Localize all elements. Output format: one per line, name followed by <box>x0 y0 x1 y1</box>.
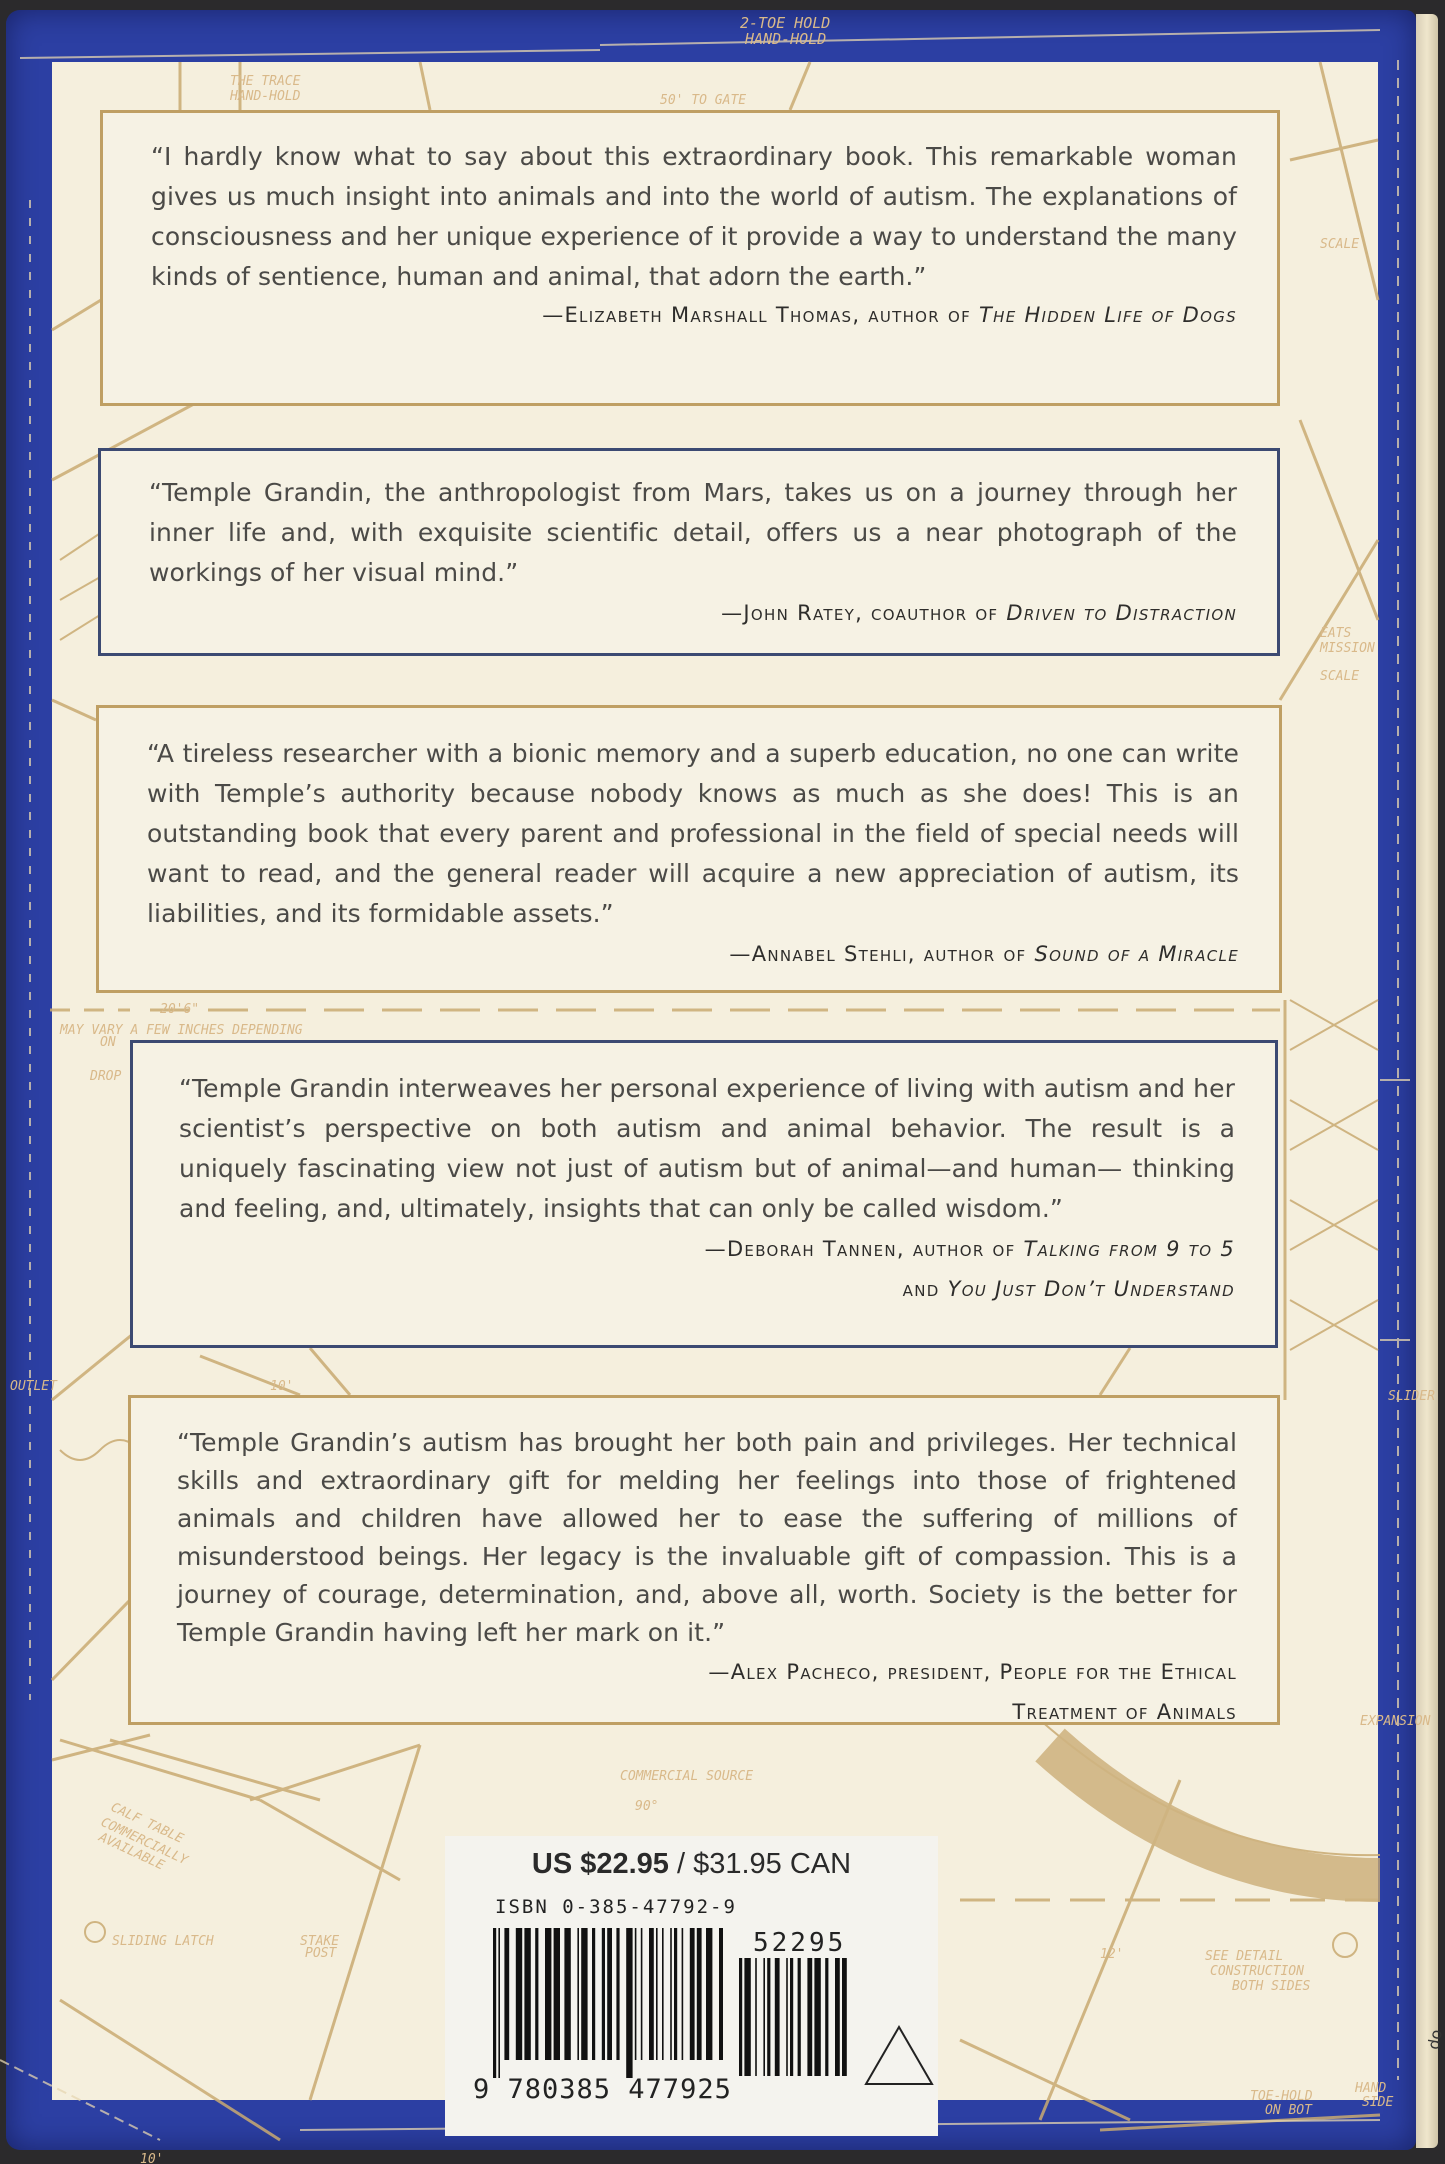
page-edge <box>1416 14 1438 2148</box>
quote-text: “I hardly know what to say about this ex… <box>151 137 1237 297</box>
quote-attribution: —Elizabeth Marshall Thomas, author of Th… <box>151 295 1237 335</box>
quote-attribution-line2: and You Just Don’t Understand <box>179 1269 1235 1309</box>
attribution-organization: Treatment of Animals <box>1012 1700 1237 1724</box>
attribution-book-title: Talking from 9 to 5 <box>1024 1237 1235 1261</box>
attribution-book-title: The Hidden Life of Dogs <box>979 303 1237 327</box>
price-separator: / <box>669 1848 693 1880</box>
price-can: $31.95 CAN <box>693 1848 851 1880</box>
barcode-label: US $22.95 / $31.95 CAN ISBN 0-385-47792-… <box>445 1836 938 2136</box>
spine-fragment: do <box>1424 2028 1445 2051</box>
quote-attribution: —Annabel Stehli, author of Sound of a Mi… <box>147 934 1239 974</box>
attribution-author: —Deborah Tannen, author of <box>705 1237 1024 1261</box>
quote-box-1: “I hardly know what to say about this ex… <box>100 110 1280 406</box>
attribution-author: —Annabel Stehli, author of <box>729 942 1034 966</box>
isbn-number: ISBN 0-385-47792-9 <box>495 1896 737 1918</box>
price-line: US $22.95 / $31.95 CAN <box>445 1848 938 1881</box>
quote-box-3: “A tireless researcher with a bionic mem… <box>96 705 1282 993</box>
ean-digits: 9 780385 477925 <box>473 2074 732 2105</box>
quote-text: “Temple Grandin, the anthropologist from… <box>149 473 1237 593</box>
quote-text: “A tireless researcher with a bionic mem… <box>147 734 1239 934</box>
quote-text: “Temple Grandin’s autism has brought her… <box>177 1424 1237 1652</box>
quote-box-2: “Temple Grandin, the anthropologist from… <box>98 448 1280 656</box>
quote-text: “Temple Grandin interweaves her personal… <box>179 1069 1235 1229</box>
attribution-book-title: Sound of a Miracle <box>1034 942 1239 966</box>
addon-digits: 52295 <box>753 1928 846 1958</box>
quote-attribution: —Deborah Tannen, author of Talking from … <box>179 1229 1235 1269</box>
svg-text:10': 10' <box>140 2152 163 2164</box>
attribution-conjunction: and <box>903 1277 948 1301</box>
attribution-book-title-2: You Just Don’t Understand <box>948 1277 1235 1301</box>
attribution-author: —Elizabeth Marshall Thomas, author of <box>542 303 979 327</box>
triangle-icon <box>863 2024 935 2088</box>
quote-attribution: —John Ratey, coauthor of Driven to Distr… <box>149 593 1237 633</box>
attribution-author: —John Ratey, coauthor of <box>721 601 1006 625</box>
price-us: US $22.95 <box>532 1848 669 1880</box>
attribution-author: —Alex Pacheco, president, People for the… <box>708 1660 1237 1684</box>
quote-attribution-line2: Treatment of Animals <box>177 1692 1237 1732</box>
addon-barcode <box>739 1958 854 2094</box>
attribution-book-title: Driven to Distraction <box>1006 601 1237 625</box>
quote-box-4: “Temple Grandin interweaves her personal… <box>130 1040 1278 1348</box>
quote-attribution: —Alex Pacheco, president, People for the… <box>177 1652 1237 1692</box>
quote-box-5: “Temple Grandin’s autism has brought her… <box>128 1395 1280 1725</box>
ean-barcode <box>493 1928 723 2088</box>
